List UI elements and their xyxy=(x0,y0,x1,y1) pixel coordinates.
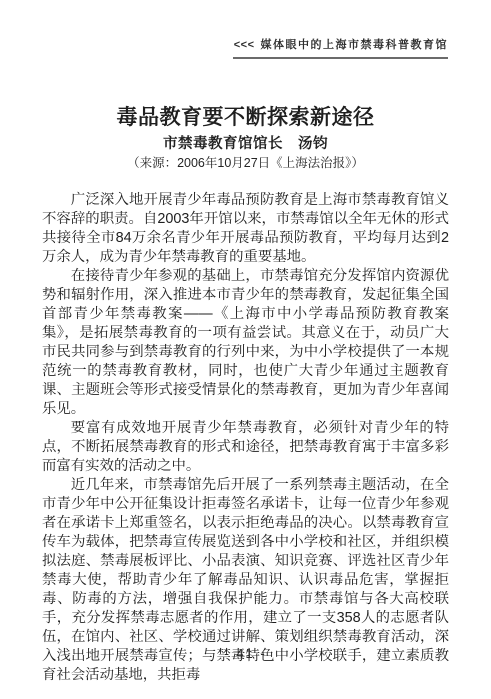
article-source: （来源：2006年10月27日《上海法治报》） xyxy=(0,153,491,171)
article-title: 毒品教育要不断探索新途径 xyxy=(0,101,491,131)
running-header: <<<媒体眼中的上海市禁毒科普教育馆 xyxy=(233,36,448,59)
article-paragraph: 在接待青少年参观的基础上，市禁毒馆充分发挥馆内资源优势和辐射作用，深入推进本市青… xyxy=(42,267,449,419)
article-body: 广泛深入地开展青少年毒品预防教育是上海市禁毒教育馆义不容辞的职责。自2003年开… xyxy=(42,191,449,685)
article-paragraph: 要富有成效地开展青少年禁毒教育，必须针对青少年的特点，不断拓展禁毒教育的形式和途… xyxy=(42,419,449,476)
article-byline: 市禁毒教育馆馆长 汤钧 xyxy=(0,132,491,153)
running-header-title: 媒体眼中的上海市禁毒科普教育馆 xyxy=(261,39,449,51)
document-page: <<<媒体眼中的上海市禁毒科普教育馆 毒品教育要不断探索新途径 市禁毒教育馆馆长… xyxy=(0,0,491,699)
article-paragraph: 广泛深入地开展青少年毒品预防教育是上海市禁毒教育馆义不容辞的职责。自2003年开… xyxy=(42,191,449,267)
page-number: - 41 - xyxy=(0,646,491,661)
chevrons-left-icon: <<< xyxy=(234,39,255,51)
